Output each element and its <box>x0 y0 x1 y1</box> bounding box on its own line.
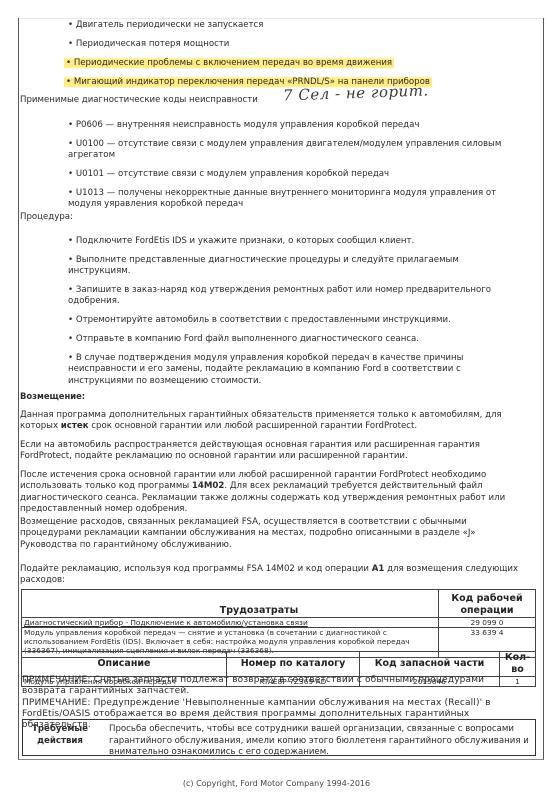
copyright-footer: (c) Copyright, Ford Motor Company 1994-2… <box>0 778 553 789</box>
bullet-dot-icon: • <box>68 188 76 198</box>
bullet-dot-icon: • <box>68 39 76 49</box>
bullet-dot-icon: • <box>68 255 76 265</box>
bullet-dot-icon: • <box>68 139 76 149</box>
symptom-item: • Периодическая потеря мощности <box>20 39 249 50</box>
required-actions-box: Требуемые действия Просьба обеспечить, ч… <box>22 719 536 756</box>
labor-header-code: Код рабочей операции <box>439 590 536 618</box>
labor-header-description: Трудозатраты <box>22 590 439 618</box>
symptom-item: • Двигатель периодически не запускается <box>20 20 283 31</box>
procedure-item: • В случае подтверждения модуля управлен… <box>68 353 513 387</box>
procedure-item: • Выполните представленные диагностическ… <box>68 255 518 278</box>
bullet-dot-icon: • <box>68 353 76 363</box>
dtc-heading: Применимые диагностические коды неисправ… <box>20 95 525 106</box>
note-returned-parts: ПРИМЕЧАНИЕ: Снятые запчасти подлежат воз… <box>22 675 527 697</box>
procedure-item: • Запишите в заказ-наряд код утверждения… <box>68 285 518 308</box>
parts-header-description: Описание <box>22 652 227 677</box>
bullet-dot-icon: • <box>68 285 76 295</box>
operation-code: A1 <box>372 564 385 574</box>
symptom-item-highlighted: • Периодические проблемы с включением пе… <box>20 58 414 69</box>
emphasis: истек <box>61 421 89 431</box>
program-code: 14M02 <box>192 481 224 491</box>
procedure-item: • Подключите FordEtis IDS и укажите приз… <box>68 236 518 247</box>
bullet-dot-icon: • <box>66 58 74 68</box>
procedure-item: • Отправьте в компанию Ford файл выполне… <box>68 334 518 345</box>
reimbursement-paragraph-5: Подайте рекламацию, используя код програ… <box>20 564 525 587</box>
bullet-dot-icon: • <box>68 120 76 130</box>
reimbursement-paragraph-1: Данная программа дополнительных гарантий… <box>20 410 530 433</box>
dtc-item: • U1013 — получены некорректные данные в… <box>68 188 528 211</box>
highlight-marker: • Периодические проблемы с включением пе… <box>64 57 394 69</box>
reimbursement-paragraph-4: Возмещение расходов, связанных рекламаци… <box>20 517 525 551</box>
labor-description: Диагностический прибор - Подключение к а… <box>22 618 439 628</box>
required-actions-text: Просьба обеспечить, чтобы все сотрудники… <box>109 724 529 759</box>
reimbursement-paragraph-2: Если на автомобиль распространяется дейс… <box>20 440 525 463</box>
parts-header-catalog: Номер по каталогу <box>227 652 360 677</box>
bullet-dot-icon: • <box>66 77 74 87</box>
handwritten-note: 7 Сел - не горит. <box>283 85 429 101</box>
bullet-dot-icon: • <box>68 20 76 30</box>
parts-header-part-code: Код запасной части <box>360 652 500 677</box>
dtc-item: • P0606 — внутренняя неисправность модул… <box>68 120 528 131</box>
parts-header-qty: Кол-во <box>500 652 536 677</box>
table-row: Диагностический прибор - Подключение к а… <box>22 618 536 628</box>
procedure-item: • Отремонтируйте автомобиль в соответств… <box>68 315 518 326</box>
reimbursement-paragraph-3: После истечения срока основной гарантии … <box>20 470 530 516</box>
bullet-dot-icon: • <box>68 315 76 325</box>
required-actions-label: Требуемые действия <box>23 724 97 747</box>
bullet-dot-icon: • <box>68 169 76 179</box>
procedure-heading: Процедура: <box>20 212 525 223</box>
bullet-dot-icon: • <box>68 236 76 246</box>
dtc-item: • U0100 — отсутствие связи с модулем упр… <box>68 139 528 162</box>
dtc-item: • U0101 — отсутствие связи с модулем упр… <box>68 169 528 180</box>
labor-table: Трудозатраты Код рабочей операции Диагно… <box>21 589 536 658</box>
labor-code: 29 099 0 <box>439 618 536 628</box>
reimbursement-heading: Возмещение: <box>20 391 525 402</box>
bullet-dot-icon: • <box>68 334 76 344</box>
